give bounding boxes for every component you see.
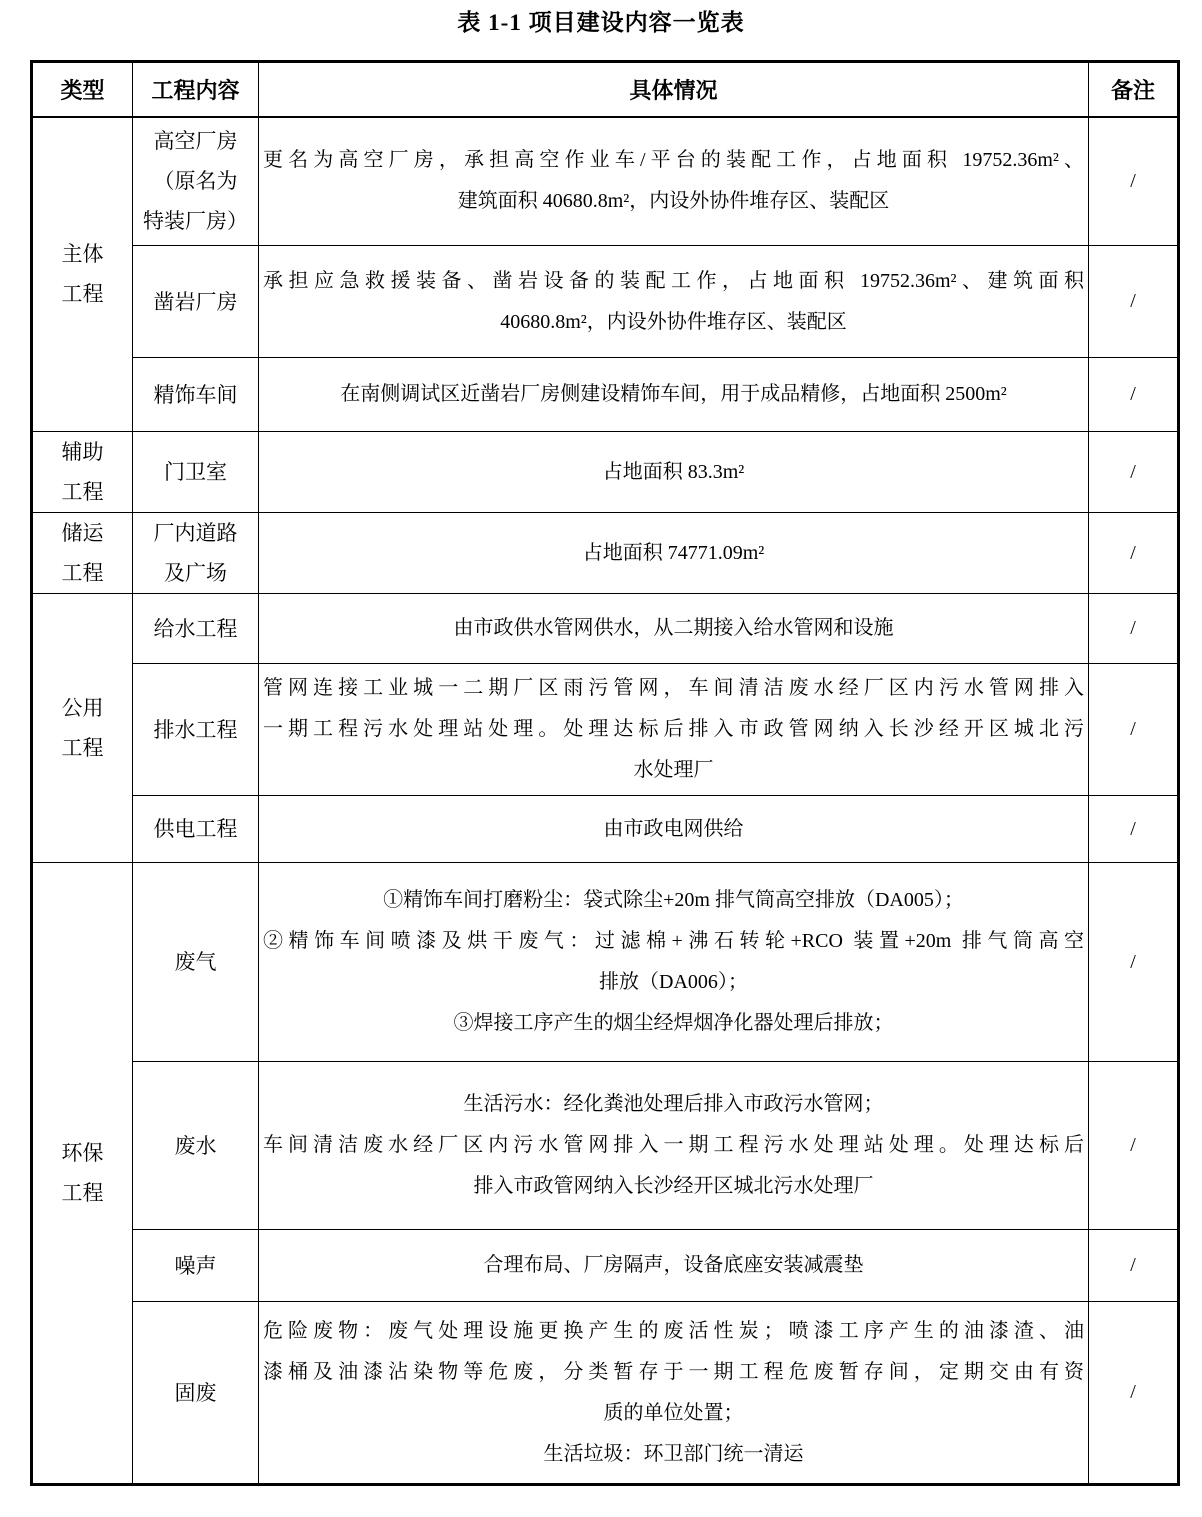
- detail-cell: 管网连接工业城一二期厂区雨污管网，车间清洁废水经厂区内污水管网排入一期工程污水处…: [259, 664, 1089, 796]
- col-header-remark: 备注: [1089, 62, 1179, 117]
- detail-line: 由市政供水管网供水，从二期接入给水管网和设施: [263, 608, 1084, 649]
- table-row: 储运工程厂内道路及广场占地面积 74771.09m²/: [32, 513, 1179, 594]
- table-body: 主体工程高空厂房（原名为特装厂房）更名为高空厂房，承担高空作业车/平台的装配工作…: [32, 117, 1179, 1485]
- type-cell: 公用工程: [32, 594, 133, 863]
- work-content-cell: 厂内道路及广场: [133, 513, 259, 594]
- detail-line: ②精饰车间喷漆及烘干废气：过滤棉+沸石转轮+RCO 装置+20m 排气筒高空: [263, 921, 1084, 962]
- table-row: 排水工程管网连接工业城一二期厂区雨污管网，车间清洁废水经厂区内污水管网排入一期工…: [32, 664, 1179, 796]
- remark-cell: /: [1089, 594, 1179, 664]
- detail-line: 漆桶及油漆沾染物等危废，分类暂存于一期工程危废暂存间，定期交由有资: [263, 1352, 1084, 1393]
- detail-line: 一期工程污水处理站处理。处理达标后排入市政管网纳入长沙经开区城北污: [263, 709, 1084, 750]
- table-row: 辅助工程门卫室占地面积 83.3m²/: [32, 432, 1179, 513]
- detail-line: 水处理厂: [263, 750, 1084, 791]
- work-content-cell: 凿岩厂房: [133, 246, 259, 358]
- work-content-cell: 供电工程: [133, 796, 259, 863]
- table-row: 废水生活污水：经化粪池处理后排入市政污水管网；车间清洁废水经厂区内污水管网排入一…: [32, 1062, 1179, 1230]
- work-content-cell: 废水: [133, 1062, 259, 1230]
- work-content-cell: 精饰车间: [133, 358, 259, 432]
- detail-cell: 合理布局、厂房隔声，设备底座安装减震垫: [259, 1230, 1089, 1302]
- work-content-cell: 高空厂房（原名为特装厂房）: [133, 117, 259, 246]
- remark-cell: /: [1089, 246, 1179, 358]
- remark-cell: /: [1089, 796, 1179, 863]
- table-row: 公用工程给水工程由市政供水管网供水，从二期接入给水管网和设施/: [32, 594, 1179, 664]
- detail-cell: 占地面积 83.3m²: [259, 432, 1089, 513]
- detail-line: 排放（DA006）；: [263, 962, 1084, 1003]
- remark-cell: /: [1089, 1302, 1179, 1485]
- col-header-detail: 具体情况: [259, 62, 1089, 117]
- detail-line: 占地面积 74771.09m²: [263, 533, 1084, 574]
- work-content-cell: 门卫室: [133, 432, 259, 513]
- col-header-content: 工程内容: [133, 62, 259, 117]
- header-row: 类型 工程内容 具体情况 备注: [32, 62, 1179, 117]
- type-cell: 环保工程: [32, 863, 133, 1485]
- work-content-cell: 噪声: [133, 1230, 259, 1302]
- detail-line: 排入市政管网纳入长沙经开区城北污水处理厂: [263, 1166, 1084, 1207]
- detail-cell: 危险废物：废气处理设施更换产生的废活性炭；喷漆工序产生的油漆渣、油漆桶及油漆沾染…: [259, 1302, 1089, 1485]
- remark-cell: /: [1089, 513, 1179, 594]
- detail-line: 由市政电网供给: [263, 809, 1084, 850]
- detail-cell: 生活污水：经化粪池处理后排入市政污水管网；车间清洁废水经厂区内污水管网排入一期工…: [259, 1062, 1089, 1230]
- detail-line: 车间清洁废水经厂区内污水管网排入一期工程污水处理站处理。处理达标后: [263, 1125, 1084, 1166]
- table-row: 环保工程废气①精饰车间打磨粉尘：袋式除尘+20m 排气筒高空排放（DA005）；…: [32, 863, 1179, 1062]
- detail-line: 更名为高空厂房，承担高空作业车/平台的装配工作，占地面积 19752.36m²、: [263, 140, 1084, 181]
- remark-cell: /: [1089, 358, 1179, 432]
- work-content-cell: 排水工程: [133, 664, 259, 796]
- remark-cell: /: [1089, 117, 1179, 246]
- document-page: 表 1-1 项目建设内容一览表 类型 工程内容 具体情况 备注 主体工程高空厂房…: [0, 0, 1202, 1517]
- detail-cell: 在南侧调试区近凿岩厂房侧建设精饰车间，用于成品精修，占地面积 2500m²: [259, 358, 1089, 432]
- detail-cell: 承担应急救援装备、凿岩设备的装配工作，占地面积 19752.36m²、建筑面积4…: [259, 246, 1089, 358]
- detail-cell: 更名为高空厂房，承担高空作业车/平台的装配工作，占地面积 19752.36m²、…: [259, 117, 1089, 246]
- detail-line: ①精饰车间打磨粉尘：袋式除尘+20m 排气筒高空排放（DA005）；: [263, 880, 1084, 921]
- detail-line: 生活垃圾：环卫部门统一清运: [263, 1434, 1084, 1475]
- detail-line: 生活污水：经化粪池处理后排入市政污水管网；: [263, 1084, 1084, 1125]
- table-row: 噪声合理布局、厂房隔声，设备底座安装减震垫/: [32, 1230, 1179, 1302]
- page-title: 表 1-1 项目建设内容一览表: [0, 8, 1202, 38]
- detail-line: 建筑面积 40680.8m²，内设外协件堆存区、装配区: [263, 181, 1084, 222]
- detail-line: 管网连接工业城一二期厂区雨污管网，车间清洁废水经厂区内污水管网排入: [263, 668, 1084, 709]
- detail-cell: ①精饰车间打磨粉尘：袋式除尘+20m 排气筒高空排放（DA005）；②精饰车间喷…: [259, 863, 1089, 1062]
- remark-cell: /: [1089, 664, 1179, 796]
- table-row: 精饰车间在南侧调试区近凿岩厂房侧建设精饰车间，用于成品精修，占地面积 2500m…: [32, 358, 1179, 432]
- table-row: 供电工程由市政电网供给/: [32, 796, 1179, 863]
- table-row: 固废危险废物：废气处理设施更换产生的废活性炭；喷漆工序产生的油漆渣、油漆桶及油漆…: [32, 1302, 1179, 1485]
- detail-cell: 占地面积 74771.09m²: [259, 513, 1089, 594]
- col-header-type: 类型: [32, 62, 133, 117]
- detail-cell: 由市政电网供给: [259, 796, 1089, 863]
- remark-cell: /: [1089, 432, 1179, 513]
- table-row: 主体工程高空厂房（原名为特装厂房）更名为高空厂房，承担高空作业车/平台的装配工作…: [32, 117, 1179, 246]
- remark-cell: /: [1089, 863, 1179, 1062]
- detail-line: 质的单位处置；: [263, 1393, 1084, 1434]
- detail-line: 合理布局、厂房隔声，设备底座安装减震垫: [263, 1245, 1084, 1286]
- detail-line: 40680.8m²，内设外协件堆存区、装配区: [263, 302, 1084, 343]
- type-cell: 主体工程: [32, 117, 133, 432]
- detail-cell: 由市政供水管网供水，从二期接入给水管网和设施: [259, 594, 1089, 664]
- type-cell: 辅助工程: [32, 432, 133, 513]
- detail-line: 承担应急救援装备、凿岩设备的装配工作，占地面积 19752.36m²、建筑面积: [263, 261, 1084, 302]
- type-cell: 储运工程: [32, 513, 133, 594]
- table-row: 凿岩厂房承担应急救援装备、凿岩设备的装配工作，占地面积 19752.36m²、建…: [32, 246, 1179, 358]
- detail-line: 占地面积 83.3m²: [263, 452, 1084, 493]
- detail-line: 在南侧调试区近凿岩厂房侧建设精饰车间，用于成品精修，占地面积 2500m²: [263, 374, 1084, 415]
- work-content-cell: 固废: [133, 1302, 259, 1485]
- remark-cell: /: [1089, 1062, 1179, 1230]
- work-content-cell: 废气: [133, 863, 259, 1062]
- remark-cell: /: [1089, 1230, 1179, 1302]
- work-content-cell: 给水工程: [133, 594, 259, 664]
- detail-line: ③焊接工序产生的烟尘经焊烟净化器处理后排放；: [263, 1003, 1084, 1044]
- detail-line: 危险废物：废气处理设施更换产生的废活性炭；喷漆工序产生的油漆渣、油: [263, 1311, 1084, 1352]
- project-construction-table: 类型 工程内容 具体情况 备注 主体工程高空厂房（原名为特装厂房）更名为高空厂房…: [30, 60, 1180, 1486]
